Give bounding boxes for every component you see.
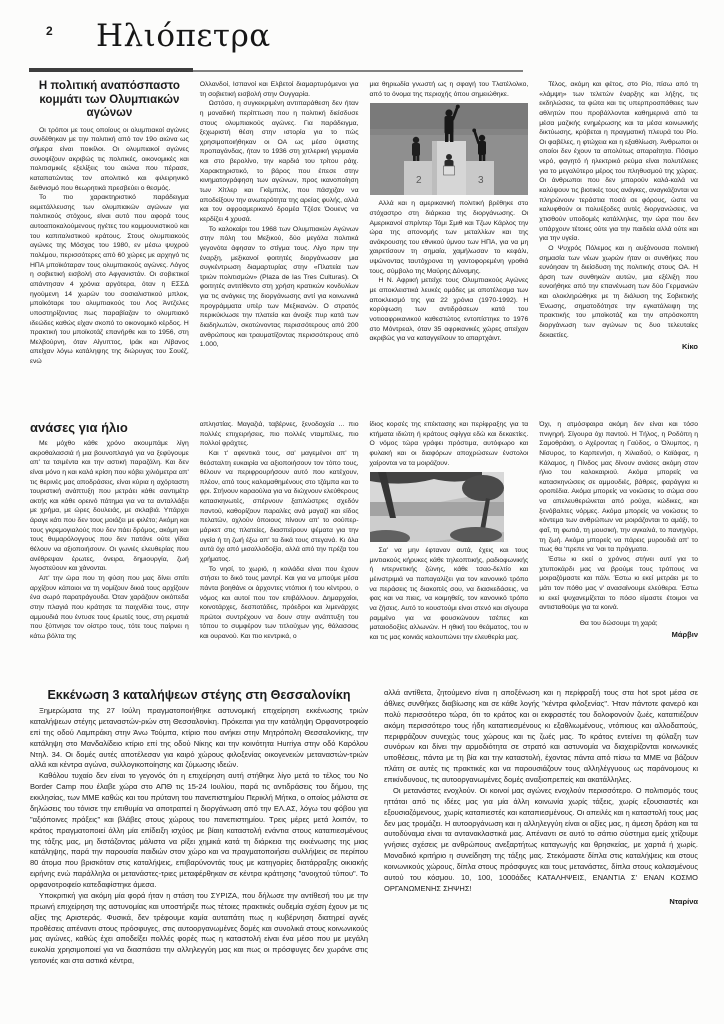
paragraph: Η Ν. Αφρική μετείχε τους Ολυμπιακούς Αγώ… [370,276,529,343]
article-sun-col4: Όχι, η ατμόσφαιρα ακόμη δεν είναι και τό… [539,420,698,643]
page-number: 2 [46,24,53,38]
tree-right [462,475,504,501]
paragraph: αλλά αντίθετα, ζητούμενο είναι η αποξένω… [384,688,698,786]
paragraph: Απ' την ώρα που τη φύση που μας δίνει σπ… [30,574,189,641]
paragraph: Με μόχθο κάθε χρόνο ακουμπάμε λίγη ακροθ… [30,439,189,574]
podium-number-3: 3 [478,175,484,186]
article-sun-col2: απληστίας. Μαγαζιά, ταβέρνες, ξενοδοχεία… [200,420,359,643]
article-olympics-col4: Τέλος, ακόμη και φέτος, στο Ρίο, πίσω απ… [539,80,698,367]
article-sun-col3: ίδιος κορσές της επέκτασης και περίφραξη… [370,420,529,643]
author-signature: Κίκο [539,342,698,351]
paragraph: Το καλοκαίρι του 1968 των Ολυμπιακών Αγώ… [200,225,359,350]
paragraph: Ξημερώματα της 27 Ιούλη πραγματοποιήθηκε… [30,706,368,771]
article-evictions-right: αλλά αντίθετα, ζητούμενο είναι η αποξένω… [384,688,698,967]
paragraph: Τέλος, ακόμη και φέτος, στο Ρίο, πίσω απ… [539,80,698,244]
paragraph: Αλλά και η αμερικανική πολιτική βρέθηκε … [370,199,529,276]
author-signature: Νταρίνα [384,897,698,906]
paragraph: Οι μετανάστες ενοχλούν. Οι κοινοί μας αγ… [384,786,698,895]
podium-photo: 2 3 [370,103,528,195]
article-olympics: Η πολιτική αναπόσπαστο κομμάτι των Ολυμπ… [30,80,698,367]
paragraph: Το πιο χαρακτηριστικό παράδειγμα εκμετάλ… [30,193,189,367]
author-signature: Μάρβιν [539,630,698,639]
paragraph: ίδιος κορσές της επέκτασης και περίφραξη… [370,420,529,468]
paragraph: Έστω κι εκεί ο χρόνος στήνει αυτί για το… [539,555,698,613]
beach-photo [370,472,504,542]
paragraph: Οι τρόποι με τους οποίους οι ολυμπιακοί … [30,126,189,193]
paragraph: Το νησί, το χωριό, η κοιλάδα είναι που έ… [200,565,359,642]
paragraph: Ωστόσο, η συγκεκριμένη αντιπαράθεση δεν … [200,99,359,224]
paragraph: Καθόλου τυχαίο δεν είναι το γεγονός ότι … [30,771,368,891]
article-sun-col1: ανάσες για ήλιο Με μόχθο κάθε χρόνο ακου… [30,420,189,643]
article-olympics-col1: Η πολιτική αναπόσπαστο κομμάτι των Ολυμπ… [30,80,189,367]
article-evictions-title: Εκκένωση 3 καταλήψεων στέγης στη Θεσσαλο… [30,688,368,702]
article-sun-title: ανάσες για ήλιο [30,420,189,435]
paragraph: Ολλανδοί, Ισπανοί και Ελβετοί διαμαρτυρό… [200,80,359,99]
article-sun: ανάσες για ήλιο Με μόχθο κάθε χρόνο ακου… [30,420,698,643]
article-olympics-col3: μια θηριωδία γνωστή ως η σφαγή του Τλατέ… [370,80,529,367]
paragraph: Και τ' αφεντικά τους, σα' μαγεμένοι απ' … [200,449,359,565]
paragraph: Σα' να μην έφταναν αυτά, έχεις και τους … [370,546,529,642]
paragraph: μια θηριωδία γνωστή ως η σφαγή του Τλατέ… [370,80,529,99]
article-olympics-col2: Ολλανδοί, Ισπανοί και Ελβετοί διαμαρτυρό… [200,80,359,367]
paragraph: Ο Ψυχρός Πόλεμος και η αυξάνουσα πολιτικ… [539,244,698,340]
masthead-title: Ηλιόπετρα [96,18,271,54]
newspaper-page: 2 Ηλιόπετρα Η πολιτική αναπόσπαστο κομμά… [0,0,724,1024]
article-evictions: Εκκένωση 3 καταλήψεων στέγης στη Θεσσαλο… [30,688,698,967]
closing-question: Θα του δώσουμε τη χαρά; [539,619,698,629]
podium-number-2: 2 [416,175,422,186]
paragraph: Υποκριτική για ακόμη μία φορά ήταν η στά… [30,891,368,967]
article-olympics-title: Η πολιτική αναπόσπαστο κομμάτι των Ολυμπ… [30,80,189,121]
header-rule-accent [29,68,193,72]
paragraph: Όχι, η ατμόσφαιρα ακόμη δεν είναι και τό… [539,420,698,555]
article-evictions-left: Εκκένωση 3 καταλήψεων στέγης στη Θεσσαλο… [30,688,368,967]
paragraph: απληστίας. Μαγαζιά, ταβέρνες, ξενοδοχεία… [200,420,359,449]
